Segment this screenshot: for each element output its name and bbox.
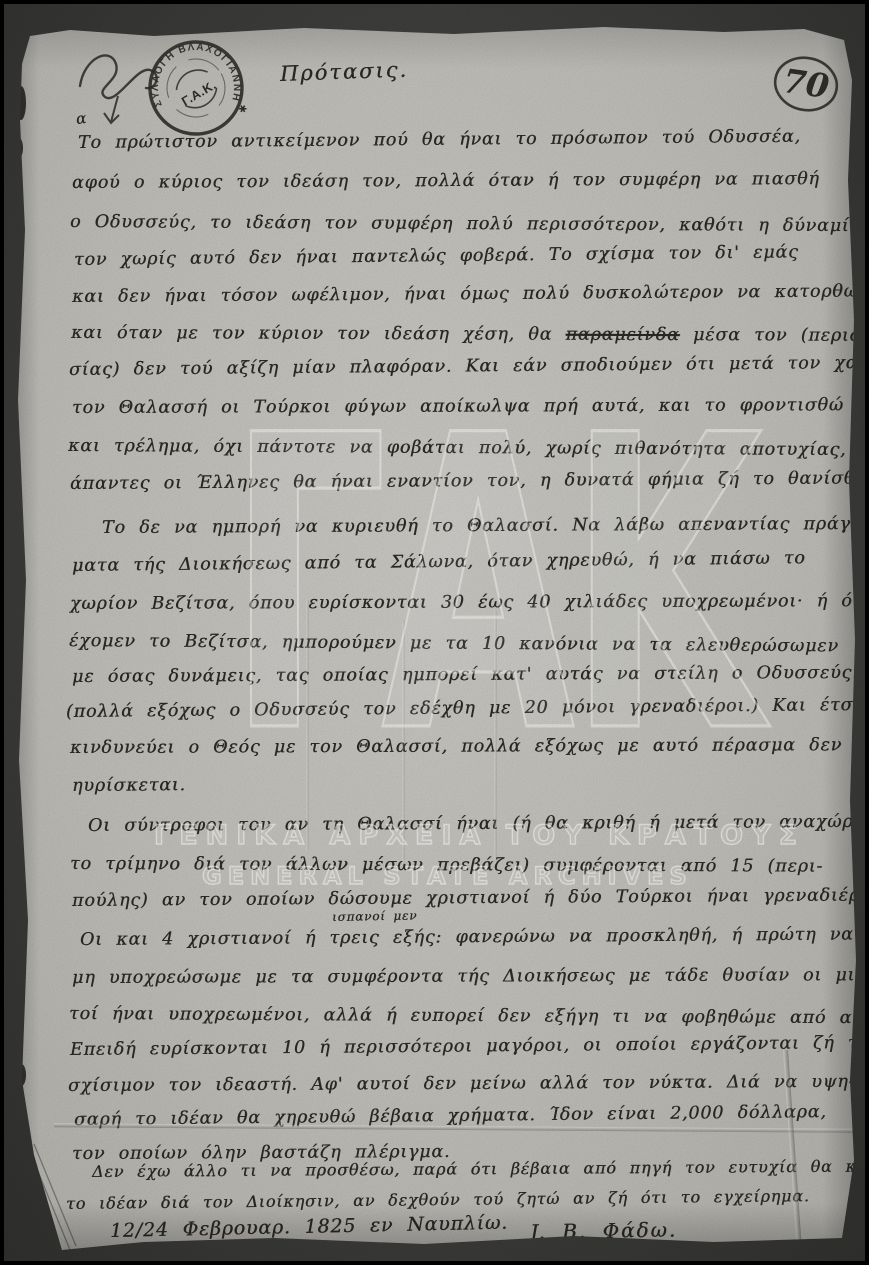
scanned-manuscript-page: ΓΑΚ ΓΕΝΙΚΑ ΑΡΧΕΙΑ ΤΟΥ ΚΡΑΤΟΥΣ GENERAL ST… bbox=[0, 0, 869, 1265]
page-number-circle: 70 bbox=[764, 48, 848, 120]
stamp-center-text: Γ.Α.Κ. bbox=[179, 78, 219, 109]
stamp-star-icon: ✱ bbox=[237, 103, 250, 117]
corner-fold-lines bbox=[14, 20, 856, 1252]
paper-sheet: ΓΑΚ ΓΕΝΙΚΑ ΑΡΧΕΙΑ ΤΟΥ ΚΡΑΤΟΥΣ GENERAL ST… bbox=[14, 20, 856, 1252]
page-number: 70 bbox=[781, 61, 832, 106]
